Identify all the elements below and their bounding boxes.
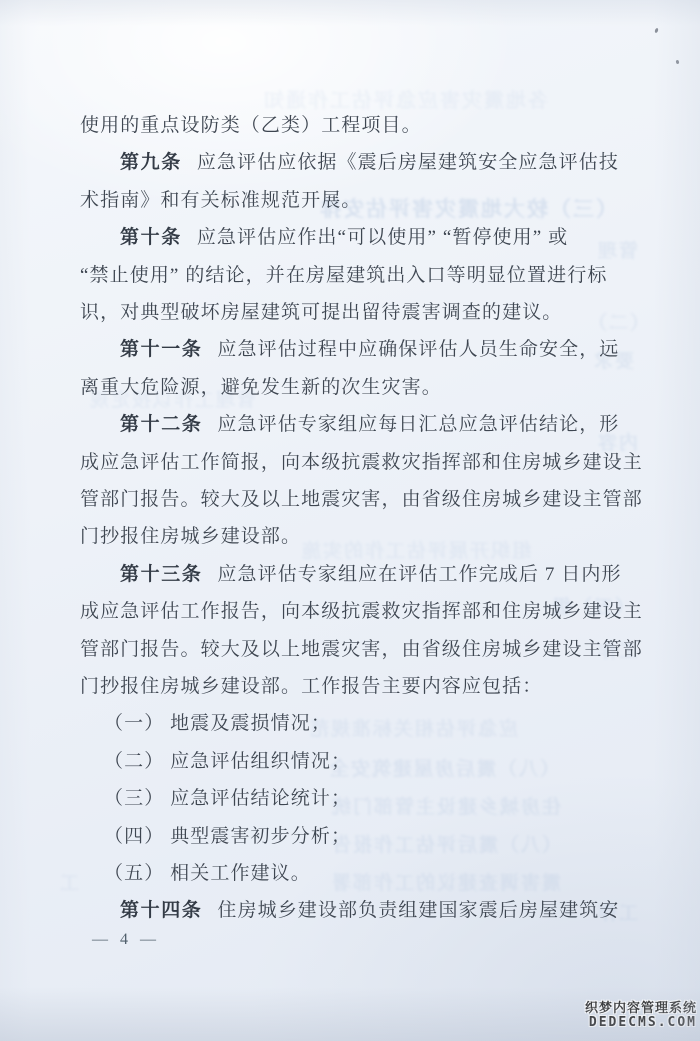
doc-line: 第十一条应急评估过程中应确保评估人员生命安全，远 [80,336,619,366]
doc-line-text: 门抄报住房城乡建设部。 [80,526,301,547]
scan-speck [654,28,659,34]
watermark-cn-text: 织梦内容管理系统 [585,1002,697,1016]
doc-line: 第十三条应急评估专家组应在评估工作完成后 7 日内形 [80,561,622,591]
doc-line: （一） 地震及震损情况； [80,710,331,740]
article-number: 第十一条 [120,339,202,360]
doc-line-text: （一） 地震及震损情况； [104,713,331,734]
scanned-document-page: { "page": { "page_number": "— 4 —", "pap… [0,0,700,1041]
doc-line: 第十四条住房城乡建设部负责组建国家震后房屋建筑安 [80,897,619,927]
doc-line: “禁止使用” 的结论，并在房屋建筑出入口等明显位置进行标 [80,262,607,292]
doc-line-text: （五） 相关工作建议。 [104,863,311,884]
doc-line: 第九条应急评估应依据《震后房屋建筑安全应急评估技 [80,149,619,179]
doc-line: 识，对典型破坏房屋建筑可提出留待震害调查的建议。 [80,299,562,329]
doc-line: 管部门报告。较大及以上地震灾害，由省级住房城乡建设主管部 [80,636,643,666]
doc-line: 使用的重点设防类（乙类）工程项目。 [80,112,422,142]
doc-line: （三） 应急评估结论统计； [80,785,351,815]
doc-line-text: （三） 应急评估结论统计； [104,788,351,809]
doc-line: 门抄报住房城乡建设部。工作报告主要内容应包括： [80,673,542,703]
scan-speck [676,60,680,65]
doc-line: （二） 应急评估组织情况； [80,748,351,778]
doc-line-text: 应急评估应依据《震后房屋建筑安全应急评估技 [197,152,619,173]
doc-line-text: 识，对典型破坏房屋建筑可提出留待震害调查的建议。 [80,302,562,323]
page-number: — 4 — [92,931,160,949]
doc-line: 第十条应急评估应作出“可以使用” “暂停使用” 或 [80,224,568,254]
doc-line-text: （四） 典型震害初步分析； [104,826,351,847]
article-number: 第九条 [120,152,182,173]
doc-line-text: （二） 应急评估组织情况； [104,751,351,772]
doc-line: （五） 相关工作建议。 [80,860,311,890]
doc-line-text: 离重大危险源，避免发生新的次生灾害。 [80,377,442,398]
doc-line-text: 应急评估专家组应每日汇总应急评估结论，形 [217,414,619,435]
doc-line-text: 应急评估应作出“可以使用” “暂停使用” 或 [197,227,568,248]
doc-line-text: 术指南》和有关标准规范开展。 [80,190,361,211]
article-number: 第十四条 [120,900,202,921]
doc-line: 第十二条应急评估专家组应每日汇总应急评估结论，形 [80,411,619,441]
doc-line: 管部门报告。较大及以上地震灾害，由省级住房城乡建设主管部 [80,486,643,516]
bleedthrough-text: 各地震灾害应急评估工作通知 [262,84,548,113]
doc-line-text: 成应急评估工作简报，向本级抗震救灾指挥部和住房城乡建设主 [80,452,643,473]
doc-line: 门抄报住房城乡建设部。 [80,523,301,553]
doc-line-text: 住房城乡建设部负责组建国家震后房屋建筑安 [217,900,619,921]
doc-line-text: “禁止使用” 的结论，并在房屋建筑出入口等明显位置进行标 [80,265,607,286]
doc-line-text: 应急评估过程中应确保评估人员生命安全，远 [217,339,619,360]
doc-line-text: 管部门报告。较大及以上地震灾害，由省级住房城乡建设主管部 [80,639,643,660]
article-number: 第十三条 [120,564,202,585]
watermark: 织梦内容管理系统 DEDECMS.COM [585,1002,697,1030]
doc-line-text: 使用的重点设防类（乙类）工程项目。 [80,115,422,136]
doc-line-text: 门抄报住房城乡建设部。工作报告主要内容应包括： [80,676,542,697]
doc-line-text: 管部门报告。较大及以上地震灾害，由省级住房城乡建设主管部 [80,489,643,510]
doc-line: 离重大危险源，避免发生新的次生灾害。 [80,374,442,404]
bleedthrough-text: 工 [58,868,79,895]
doc-line: （四） 典型震害初步分析； [80,823,351,853]
article-number: 第十条 [120,227,182,248]
document-lines: 使用的重点设防类（乙类）工程项目。第九条应急评估应依据《震后房屋建筑安全应急评估… [80,112,628,972]
doc-line: 成应急评估工作简报，向本级抗震救灾指挥部和住房城乡建设主 [80,449,643,479]
doc-line: 成应急评估工作报告，向本级抗震救灾指挥部和住房城乡建设主 [80,598,643,628]
watermark-en-text: DEDECMS.COM [585,1016,697,1030]
doc-line: 术指南》和有关标准规范开展。 [80,187,361,217]
article-number: 第十二条 [120,414,202,435]
doc-line-text: 成应急评估工作报告，向本级抗震救灾指挥部和住房城乡建设主 [80,601,643,622]
doc-line-text: 应急评估专家组应在评估工作完成后 7 日内形 [217,564,621,585]
